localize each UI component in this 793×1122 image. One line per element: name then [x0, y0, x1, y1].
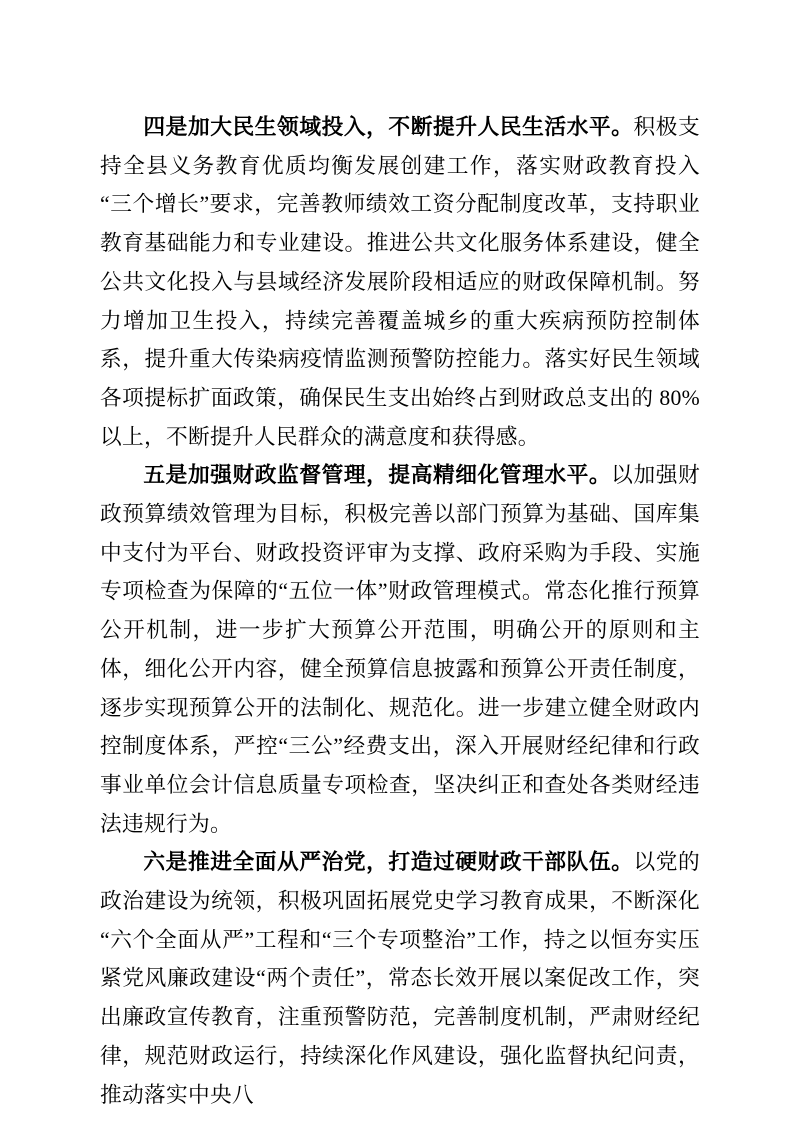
document-text-block: 四是加大民生领域投入，不断提升人民生活水平。积极支持全县义务教育优质均衡发展创建…: [100, 108, 700, 1114]
paragraph-lead: 六是推进全面从严治党，打造过硬财政干部队伍。: [143, 850, 633, 874]
paragraph-6-zhidang: 六是推进全面从严治党，打造过硬财政干部队伍。以党的政治建设为统领，积极巩固拓展党…: [100, 843, 700, 1114]
paragraph-body: 以加强财政预算绩效管理为目标，积极完善以部门预算为基础、国库集中支付为平台、财政…: [100, 463, 700, 835]
paragraph-5-jiandu: 五是加强财政监督管理，提高精细化管理水平。以加强财政预算绩效管理为目标，积极完善…: [100, 456, 700, 843]
paragraph-body: 以党的政治建设为统领，积极巩固拓展党史学习教育成果，不断深化“六个全面从严”工程…: [100, 850, 700, 1106]
paragraph-4-minsheng: 四是加大民生领域投入，不断提升人民生活水平。积极支持全县义务教育优质均衡发展创建…: [100, 108, 700, 456]
paragraph-lead: 四是加大民生领域投入，不断提升人民生活水平。: [143, 115, 633, 139]
paragraph-lead: 五是加强财政监督管理，提高精细化管理水平。: [143, 463, 611, 487]
document-page: 四是加大民生领域投入，不断提升人民生活水平。积极支持全县义务教育优质均衡发展创建…: [0, 0, 793, 1122]
paragraph-body: 积极支持全县义务教育优质均衡发展创建工作，落实财政教育投入“三个增长”要求，完善…: [100, 115, 700, 449]
